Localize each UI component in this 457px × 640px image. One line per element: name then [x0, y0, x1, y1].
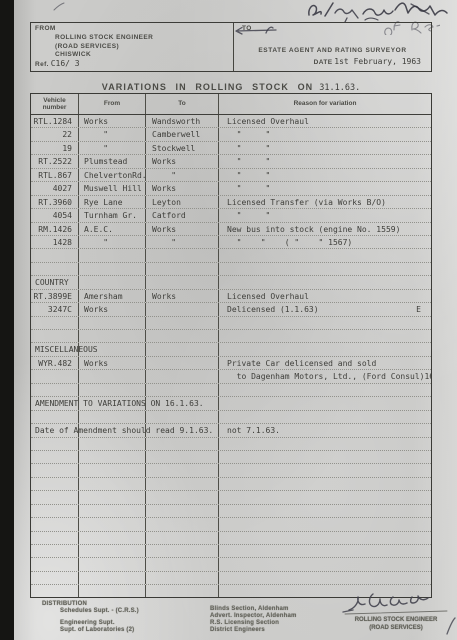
column-header-reason: Reason for variation: [219, 94, 431, 114]
table-cell: [219, 464, 431, 476]
table-cell: [219, 558, 431, 570]
table-cell: [146, 532, 219, 544]
table-row: 19 "Stockwell " ": [31, 142, 431, 155]
table-row: [31, 518, 431, 531]
table-cell: [146, 370, 219, 382]
table-cell: [146, 330, 219, 342]
arrow-tick-icon: [230, 24, 280, 36]
table-cell: ": [79, 142, 146, 154]
table-cell: [31, 505, 79, 517]
distribution-item: District Engineers: [210, 627, 265, 633]
variations-table-body: RTL.1284WorksWandsworthLicensed Overhaul…: [31, 115, 431, 598]
table-cell: Wandsworth: [146, 115, 219, 127]
table-cell: [79, 478, 146, 490]
table-row: [31, 438, 431, 451]
table-cell: A.E.C.: [79, 223, 146, 235]
table-cell: Catford: [146, 209, 219, 221]
table-cell: [146, 303, 219, 315]
table-cell: [31, 518, 79, 530]
table-cell: [219, 451, 431, 463]
table-cell: Turnham Gr.: [79, 209, 146, 221]
table-row: [31, 505, 431, 518]
column-header-to: To: [146, 94, 219, 114]
table-cell: [79, 384, 146, 396]
table-row: [31, 317, 431, 330]
table-cell: New bus into stock (engine No. 1559): [219, 223, 431, 235]
table-cell: AMENDMENT TO VARIATIONS ON 16.1.63.: [31, 397, 79, 409]
table-cell: [79, 438, 146, 450]
table-cell: [31, 317, 79, 329]
table-cell: [79, 263, 146, 275]
table-cell: [219, 343, 431, 355]
table-cell: [146, 263, 219, 275]
table-cell: [146, 384, 219, 396]
from-section: FROM ROLLING STOCK ENGINEER (ROAD SERVIC…: [31, 23, 234, 71]
table-cell: [31, 532, 79, 544]
table-cell: Works: [79, 115, 146, 127]
table-cell: RT.2522: [31, 155, 79, 167]
table-cell: Leyton: [146, 196, 219, 208]
distribution-item: Supt. of Laboratories (2): [60, 627, 134, 633]
table-cell: [146, 317, 219, 329]
table-cell: [146, 276, 219, 288]
table-cell: [219, 330, 431, 342]
table-cell: " ": [219, 142, 431, 154]
table-cell: [31, 384, 79, 396]
table-cell: 4054: [31, 209, 79, 221]
table-cell: [146, 585, 219, 597]
table-cell: [219, 249, 431, 261]
table-cell: " ": [219, 155, 431, 167]
table-cell: [79, 518, 146, 530]
table-row: [31, 263, 431, 276]
table-row: [31, 249, 431, 262]
table-cell: Works: [146, 182, 219, 194]
table-cell: [79, 451, 146, 463]
table-cell: Stockwell: [146, 142, 219, 154]
table-cell: Works: [146, 155, 219, 167]
table-cell: [146, 572, 219, 584]
table-row: [31, 464, 431, 477]
table-cell: [219, 478, 431, 490]
table-cell: [79, 532, 146, 544]
table-cell: [79, 411, 146, 423]
margin-mark: E: [416, 303, 421, 316]
document-paper: FROM ROLLING STOCK ENGINEER (ROAD SERVIC…: [14, 0, 457, 640]
table-cell: to Dagenham Motors, Ltd., (Ford Consul)1…: [219, 370, 431, 382]
table-cell: " ": [219, 182, 431, 194]
table-cell: 4027: [31, 182, 79, 194]
table-row: [31, 451, 431, 464]
table-row: [31, 558, 431, 571]
table-cell: [146, 343, 219, 355]
pencil-tick-icon: [52, 2, 66, 12]
table-cell: [79, 585, 146, 597]
table-cell: ": [79, 236, 146, 248]
memo-header-box: FROM ROLLING STOCK ENGINEER (ROAD SERVIC…: [30, 22, 432, 72]
table-cell: Works: [79, 303, 146, 315]
table-cell: [146, 438, 219, 450]
table-cell: Plumstead: [79, 155, 146, 167]
table-cell: RT.3960: [31, 196, 79, 208]
table-cell: [79, 572, 146, 584]
table-row: MISCELLANEOUS: [31, 343, 431, 356]
table-cell: [31, 478, 79, 490]
table-cell: [219, 532, 431, 544]
table-row: [31, 532, 431, 545]
table-cell: [219, 317, 431, 329]
table-cell: Private Car delicensed and sold: [219, 357, 431, 369]
table-cell: RTL.867: [31, 169, 79, 181]
table-cell: [146, 464, 219, 476]
table-cell: [219, 572, 431, 584]
table-cell: [146, 558, 219, 570]
table-cell: [31, 370, 79, 382]
from-label: FROM: [35, 25, 56, 32]
table-cell: [146, 478, 219, 490]
table-cell: not 7.1.63.: [219, 424, 431, 436]
table-row: RT.2522PlumsteadWorks " ": [31, 155, 431, 168]
table-cell: [146, 451, 219, 463]
table-cell: [146, 505, 219, 517]
table-row: [31, 478, 431, 491]
table-cell: ChelvertonRd.: [79, 169, 146, 181]
distribution-item: R.S. Licensing Section: [210, 620, 279, 626]
table-row: RT.3899EAmershamWorksLicensed Overhaul: [31, 290, 431, 303]
table-cell: [31, 438, 79, 450]
table-cell: [79, 330, 146, 342]
table-cell: ": [146, 236, 219, 248]
table-cell: WYR.482: [31, 357, 79, 369]
table-row: RTL.867ChelvertonRd. " " ": [31, 169, 431, 182]
table-cell: RTL.1284: [31, 115, 79, 127]
table-row: [31, 384, 431, 397]
table-cell: [146, 249, 219, 261]
table-cell: [79, 505, 146, 517]
reference-line: Ref. C16/ 3: [35, 59, 80, 68]
table-cell: " " ( " " 1567): [219, 236, 431, 248]
table-cell: [31, 411, 79, 423]
table-header-row: Vehicle number From To Reason for variat…: [31, 94, 431, 115]
table-row: [31, 330, 431, 343]
table-cell: [31, 585, 79, 597]
table-cell: 22: [31, 128, 79, 140]
signature-icon: [335, 588, 457, 640]
table-cell: [219, 545, 431, 557]
table-cell: [79, 558, 146, 570]
table-cell: Licensed Overhaul: [219, 115, 431, 127]
table-cell: [219, 518, 431, 530]
table-cell: [79, 545, 146, 557]
table-cell: " ": [219, 169, 431, 181]
table-row: [31, 545, 431, 558]
table-cell: 19: [31, 142, 79, 154]
table-cell: COUNTRY: [31, 276, 79, 288]
table-row: [31, 572, 431, 585]
to-section: TO ESTATE AGENT AND RATING SURVEYOR DATE…: [234, 23, 431, 71]
table-row: Date of Amendment should read 9.1.63.not…: [31, 424, 431, 437]
table-cell: [31, 451, 79, 463]
table-cell: [146, 411, 219, 423]
table-cell: [219, 505, 431, 517]
table-cell: ": [79, 128, 146, 140]
table-row: AMENDMENT TO VARIATIONS ON 16.1.63.: [31, 397, 431, 410]
column-header-from: From: [79, 94, 146, 114]
table-cell: [146, 545, 219, 557]
table-cell: ": [146, 169, 219, 181]
table-cell: [146, 518, 219, 530]
distribution-item: Engineering Supt.: [60, 620, 115, 626]
table-cell: [31, 263, 79, 275]
table-row: 4054Turnham Gr.Catford " ": [31, 209, 431, 222]
table-cell: [79, 249, 146, 261]
table-row: 3247CWorksDelicensed (1.1.63)E: [31, 303, 431, 316]
table-cell: Licensed Transfer (via Works B/O): [219, 196, 431, 208]
recipient: ESTATE AGENT AND RATING SURVEYOR: [234, 47, 431, 54]
table-cell: [31, 558, 79, 570]
table-cell: [79, 276, 146, 288]
table-cell: [146, 357, 219, 369]
table-row: COUNTRY: [31, 276, 431, 289]
table-cell: Licensed Overhaul: [219, 290, 431, 302]
table-cell: [219, 491, 431, 503]
table-cell: [219, 276, 431, 288]
scanned-memo-page: { "header": { "from_label": "FROM", "fro…: [0, 0, 457, 640]
table-row: [31, 411, 431, 424]
distribution-item: Blinds Section, Aldenham: [210, 606, 289, 612]
table-cell: [31, 491, 79, 503]
column-header-vehicle-number: Vehicle number: [31, 94, 79, 114]
table-cell: RM.1426: [31, 223, 79, 235]
table-row: 22 "Camberwell " ": [31, 128, 431, 141]
table-cell: Rye Lane: [79, 196, 146, 208]
table-cell: Camberwell: [146, 128, 219, 140]
table-row: RT.3960Rye LaneLeytonLicensed Transfer (…: [31, 196, 431, 209]
table-cell: [31, 330, 79, 342]
table-row: RTL.1284WorksWandsworthLicensed Overhaul: [31, 115, 431, 128]
distribution-item: Schedules Supt. - (C.R.S.): [60, 608, 139, 614]
table-cell: 1428: [31, 236, 79, 248]
table-cell: [219, 411, 431, 423]
table-cell: [219, 384, 431, 396]
table-cell: [31, 545, 79, 557]
table-cell: " ": [219, 128, 431, 140]
table-cell: Date of Amendment should read 9.1.63.: [31, 424, 79, 436]
table-cell: Works: [146, 290, 219, 302]
variations-table: Vehicle number From To Reason for variat…: [30, 93, 432, 598]
table-row: [31, 491, 431, 504]
table-cell: [219, 397, 431, 409]
table-cell: [31, 249, 79, 261]
table-cell: Amersham: [79, 290, 146, 302]
table-row: RM.1426A.E.C.WorksNew bus into stock (en…: [31, 223, 431, 236]
table-cell: Works: [79, 357, 146, 369]
table-cell: [79, 317, 146, 329]
table-cell: [219, 438, 431, 450]
table-cell: RT.3899E: [31, 290, 79, 302]
table-cell: [146, 491, 219, 503]
table-cell: [31, 464, 79, 476]
table-cell: [79, 464, 146, 476]
table-cell: MISCELLANEOUS: [31, 343, 79, 355]
table-row: to Dagenham Motors, Ltd., (Ford Consul)1…: [31, 370, 431, 383]
table-row: 1428 " " " " ( " " 1567): [31, 236, 431, 249]
distribution-heading: DISTRIBUTION: [42, 601, 87, 607]
table-cell: Delicensed (1.1.63): [219, 303, 431, 315]
table-cell: [79, 370, 146, 382]
table-cell: 3247C: [31, 303, 79, 315]
table-row: WYR.482WorksPrivate Car delicensed and s…: [31, 357, 431, 370]
distribution-item: Advert. Inspector, Aldenham: [210, 613, 297, 619]
table-cell: " ": [219, 209, 431, 221]
table-cell: [31, 572, 79, 584]
table-cell: Works: [146, 223, 219, 235]
from-address: ROLLING STOCK ENGINEER (ROAD SERVICES) C…: [55, 34, 153, 60]
table-cell: [79, 491, 146, 503]
table-cell: [219, 263, 431, 275]
date-line: DATE 1st February, 1963: [314, 57, 421, 66]
table-row: 4027Muswell HillWorks " ": [31, 182, 431, 195]
table-cell: Muswell Hill: [79, 182, 146, 194]
